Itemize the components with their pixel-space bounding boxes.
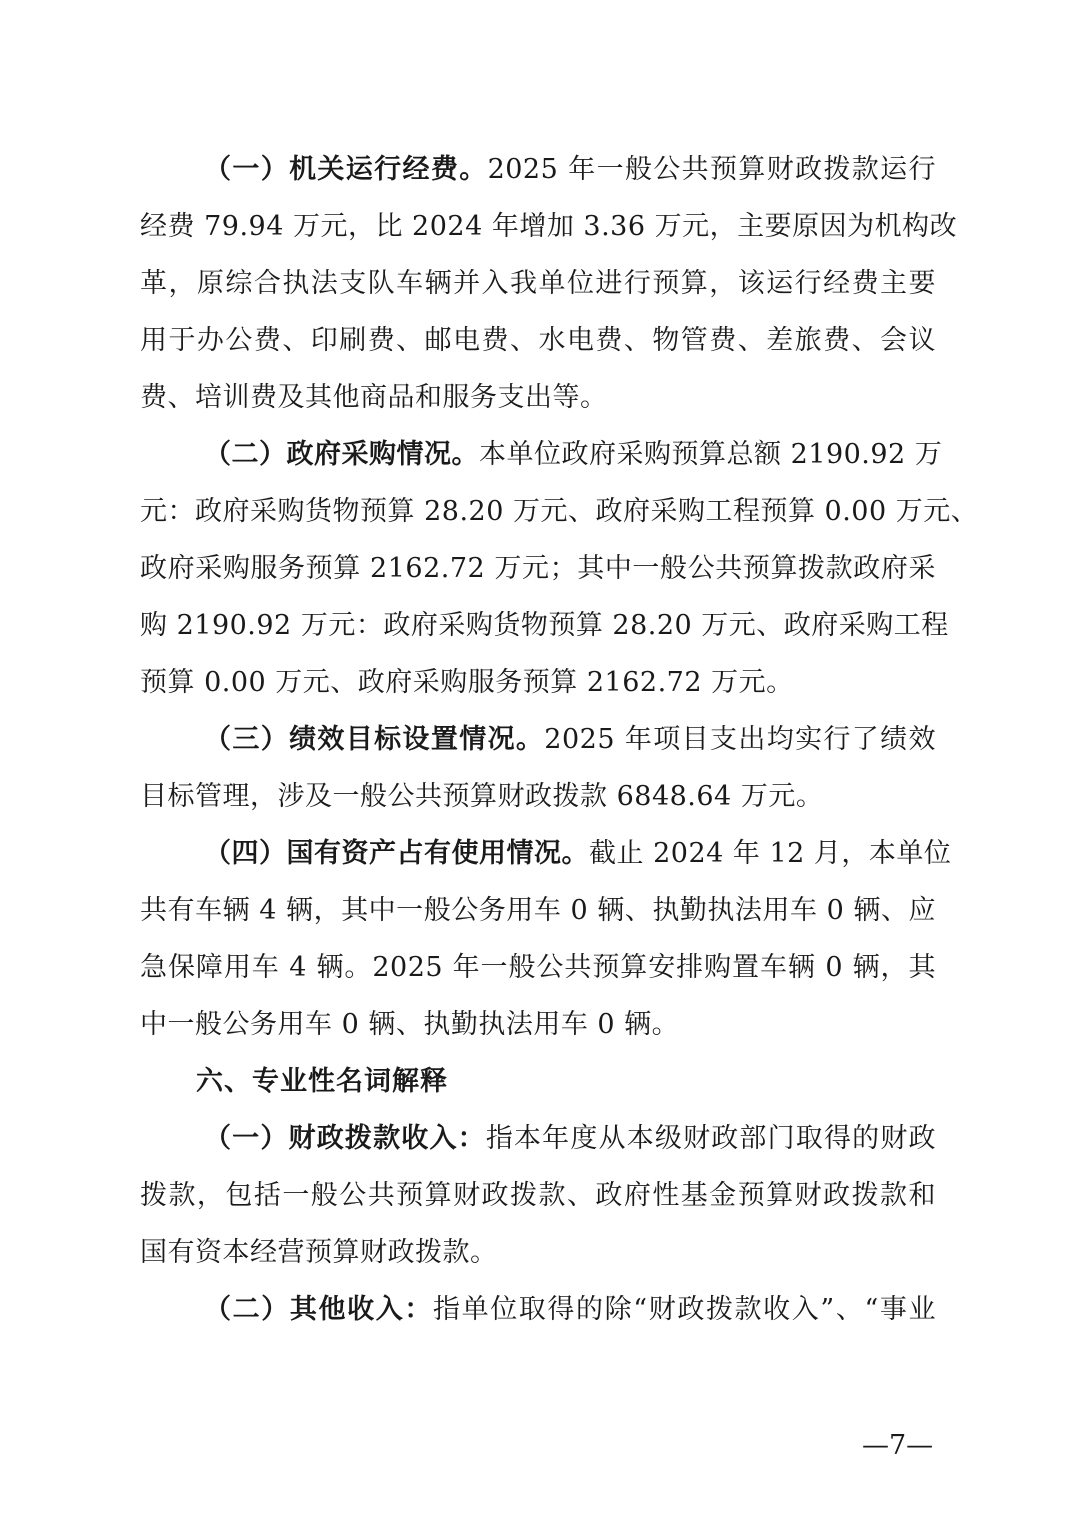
- paragraph-line: （三）绩效目标设置情况。2025 年项目支出均实行了绩效: [204, 720, 936, 760]
- paragraph-lead: （二）政府采购情况。: [204, 439, 479, 470]
- paragraph-line: 目标管理，涉及一般公共预算财政拨款 6848.64 万元。: [140, 777, 936, 817]
- paragraph-line: 预算 0.00 万元、政府采购服务预算 2162.72 万元。: [140, 663, 936, 703]
- paragraph-line: 费、培训费及其他商品和服务支出等。: [140, 378, 936, 418]
- paragraph-line: 经费 79.94 万元，比 2024 年增加 3.36 万元，主要原因为机构改: [140, 207, 936, 247]
- section-title: 六、专业性名词解释: [196, 1062, 448, 1102]
- paragraph-line: 政府采购服务预算 2162.72 万元；其中一般公共预算拨款政府采: [140, 549, 936, 589]
- paragraph-line: 拨款，包括一般公共预算财政拨款、政府性基金预算财政拨款和: [140, 1176, 936, 1216]
- paragraph-line: （二）其他收入：指单位取得的除“财政拨款收入”、“事业: [204, 1290, 936, 1330]
- paragraph-lead: （一）财政拨款收入：: [204, 1123, 486, 1154]
- paragraph-line: 共有车辆 4 辆，其中一般公务用车 0 辆、执勤执法用车 0 辆、应: [140, 891, 936, 931]
- paragraph-line: 中一般公务用车 0 辆、执勤执法用车 0 辆。: [140, 1005, 936, 1045]
- paragraph-line: （一）机关运行经费。2025 年一般公共预算财政拨款运行: [204, 150, 936, 190]
- paragraph-line: （二）政府采购情况。本单位政府采购预算总额 2190.92 万: [204, 435, 936, 475]
- paragraph-lead: （二）其他收入：: [204, 1294, 433, 1325]
- paragraph-line: 购 2190.92 万元：政府采购货物预算 28.20 万元、政府采购工程: [140, 606, 936, 646]
- paragraph-line: 国有资本经营预算财政拨款。: [140, 1233, 936, 1273]
- paragraph-line: （一）财政拨款收入：指本年度从本级财政部门取得的财政: [204, 1119, 936, 1159]
- paragraph-line: 用于办公费、印刷费、邮电费、水电费、物管费、差旅费、会议: [140, 321, 936, 361]
- paragraph-lead: （四）国有资产占有使用情况。: [204, 838, 589, 869]
- paragraph-lead: （一）机关运行经费。: [204, 154, 488, 185]
- paragraph-lead: （三）绩效目标设置情况。: [204, 724, 544, 755]
- paragraph-line: 革，原综合执法支队车辆并入我单位进行预算，该运行经费主要: [140, 264, 936, 304]
- paragraph-line: 急保障用车 4 辆。2025 年一般公共预算安排购置车辆 0 辆，其: [140, 948, 936, 988]
- paragraph-line: （四）国有资产占有使用情况。截止 2024 年 12 月，本单位: [204, 834, 936, 874]
- page-number: —7—: [862, 1428, 933, 1464]
- paragraph-line: 元：政府采购货物预算 28.20 万元、政府采购工程预算 0.00 万元、: [140, 492, 936, 532]
